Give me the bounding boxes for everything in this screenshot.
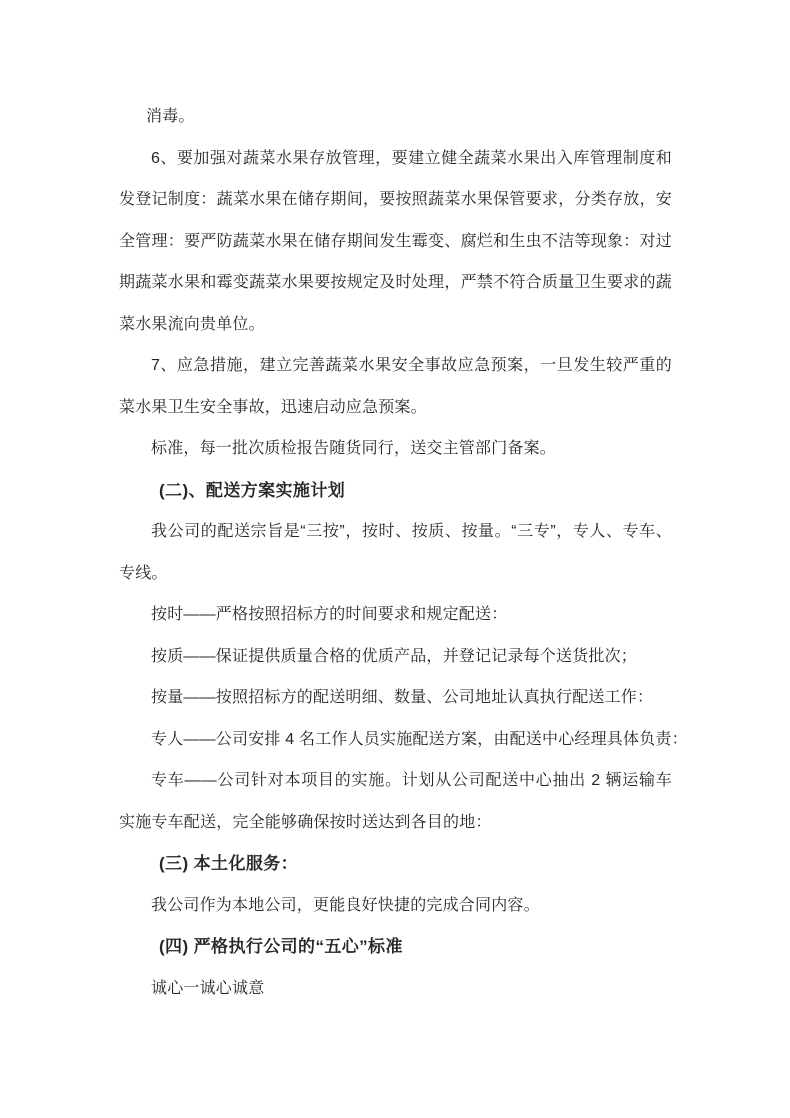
text-line: 消毒。 xyxy=(119,96,672,138)
text-line: 全管理：要严防蔬菜水果在储存期间发生霉变、腐烂和生虫不洁等现象：对过 xyxy=(119,221,672,263)
paragraph-on-quantity: 按量——按照招标方的配送明细、数量、公司地址认真执行配送工作： xyxy=(119,677,672,719)
section-heading: (三) 本土化服务： xyxy=(119,843,672,885)
document-page: 消毒。 6、要加强对蔬菜水果存放管理，要建立健全蔬菜水果出入库管理制度和收 发登… xyxy=(0,0,790,1118)
heading-section-4-five-hearts: (四) 严格执行公司的“五心”标准 xyxy=(119,926,672,968)
heading-section-2-delivery-plan: (二)、配送方案实施计划 xyxy=(119,470,672,512)
text-line: 专车——公司针对本项目的实施。计划从公司配送中心抽出 2 辆运输车辆， xyxy=(119,760,672,802)
text-line: 诚心一诚心诚意 xyxy=(119,968,672,1010)
paragraph-dedicated-staff: 专人——公司安排 4 名工作人员实施配送方案，由配送中心经理具体负责： xyxy=(119,719,672,761)
paragraph-on-quality: 按质——保证提供质量合格的优质产品，并登记记录每个送货批次； xyxy=(119,636,672,678)
paragraph-dedicated-vehicles: 专车——公司针对本项目的实施。计划从公司配送中心抽出 2 辆运输车辆， 实施专车… xyxy=(119,760,672,843)
paragraph-7-emergency-measures: 7、应急措施，建立完善蔬菜水果安全事故应急预案，一旦发生较严重的蔬 菜水果卫生安… xyxy=(119,345,672,428)
text-line: 发登记制度：蔬菜水果在储存期间，要按照蔬菜水果保管要求，分类存放，安 xyxy=(119,179,672,221)
document-text-area: 消毒。 6、要加强对蔬菜水果存放管理，要建立健全蔬菜水果出入库管理制度和收 发登… xyxy=(119,96,672,1009)
text-line: 期蔬菜水果和霉变蔬菜水果要按规定及时处理，严禁不符合质量卫生要求的蔬 xyxy=(119,262,672,304)
text-line: 菜水果流向贵单位。 xyxy=(119,304,672,346)
section-heading: (四) 严格执行公司的“五心”标准 xyxy=(119,926,672,968)
text-line: 专线。 xyxy=(119,553,672,595)
text-line: 我公司的配送宗旨是“三按”，按时、按质、按量。“三专”，专人、专车、 xyxy=(119,511,672,553)
text-line: 按量——按照招标方的配送明细、数量、公司地址认真执行配送工作： xyxy=(119,677,672,719)
text-line: 按质——保证提供质量合格的优质产品，并登记记录每个送货批次； xyxy=(119,636,672,678)
text-line: 实施专车配送，完全能够确保按时送达到各目的地： xyxy=(119,802,672,844)
paragraph-delivery-principles: 我公司的配送宗旨是“三按”，按时、按质、按量。“三专”，专人、专车、 专线。 xyxy=(119,511,672,594)
heading-section-3-localized-service: (三) 本土化服务： xyxy=(119,843,672,885)
text-line: 7、应急措施，建立完善蔬菜水果安全事故应急预案，一旦发生较严重的蔬 xyxy=(119,345,672,387)
paragraph-sincerity: 诚心一诚心诚意 xyxy=(119,968,672,1010)
paragraph-standard-inspection: 标准，每一批次质检报告随货同行，送交主管部门备案。 xyxy=(119,428,672,470)
text-line: 标准，每一批次质检报告随货同行，送交主管部门备案。 xyxy=(119,428,672,470)
paragraph-disinfection-tail: 消毒。 xyxy=(119,96,672,138)
paragraph-local-company: 我公司作为本地公司，更能良好快捷的完成合同内容。 xyxy=(119,885,672,927)
text-line: 按时——严格按照招标方的时间要求和规定配送： xyxy=(119,594,672,636)
text-line: 我公司作为本地公司，更能良好快捷的完成合同内容。 xyxy=(119,885,672,927)
text-line: 6、要加强对蔬菜水果存放管理，要建立健全蔬菜水果出入库管理制度和收 xyxy=(119,138,672,180)
paragraph-on-time: 按时——严格按照招标方的时间要求和规定配送： xyxy=(119,594,672,636)
paragraph-6-storage-management: 6、要加强对蔬菜水果存放管理，要建立健全蔬菜水果出入库管理制度和收 发登记制度：… xyxy=(119,138,672,346)
text-line: 菜水果卫生安全事故，迅速启动应急预案。 xyxy=(119,387,672,429)
section-heading: (二)、配送方案实施计划 xyxy=(119,470,672,512)
text-line: 专人——公司安排 4 名工作人员实施配送方案，由配送中心经理具体负责： xyxy=(119,719,672,761)
